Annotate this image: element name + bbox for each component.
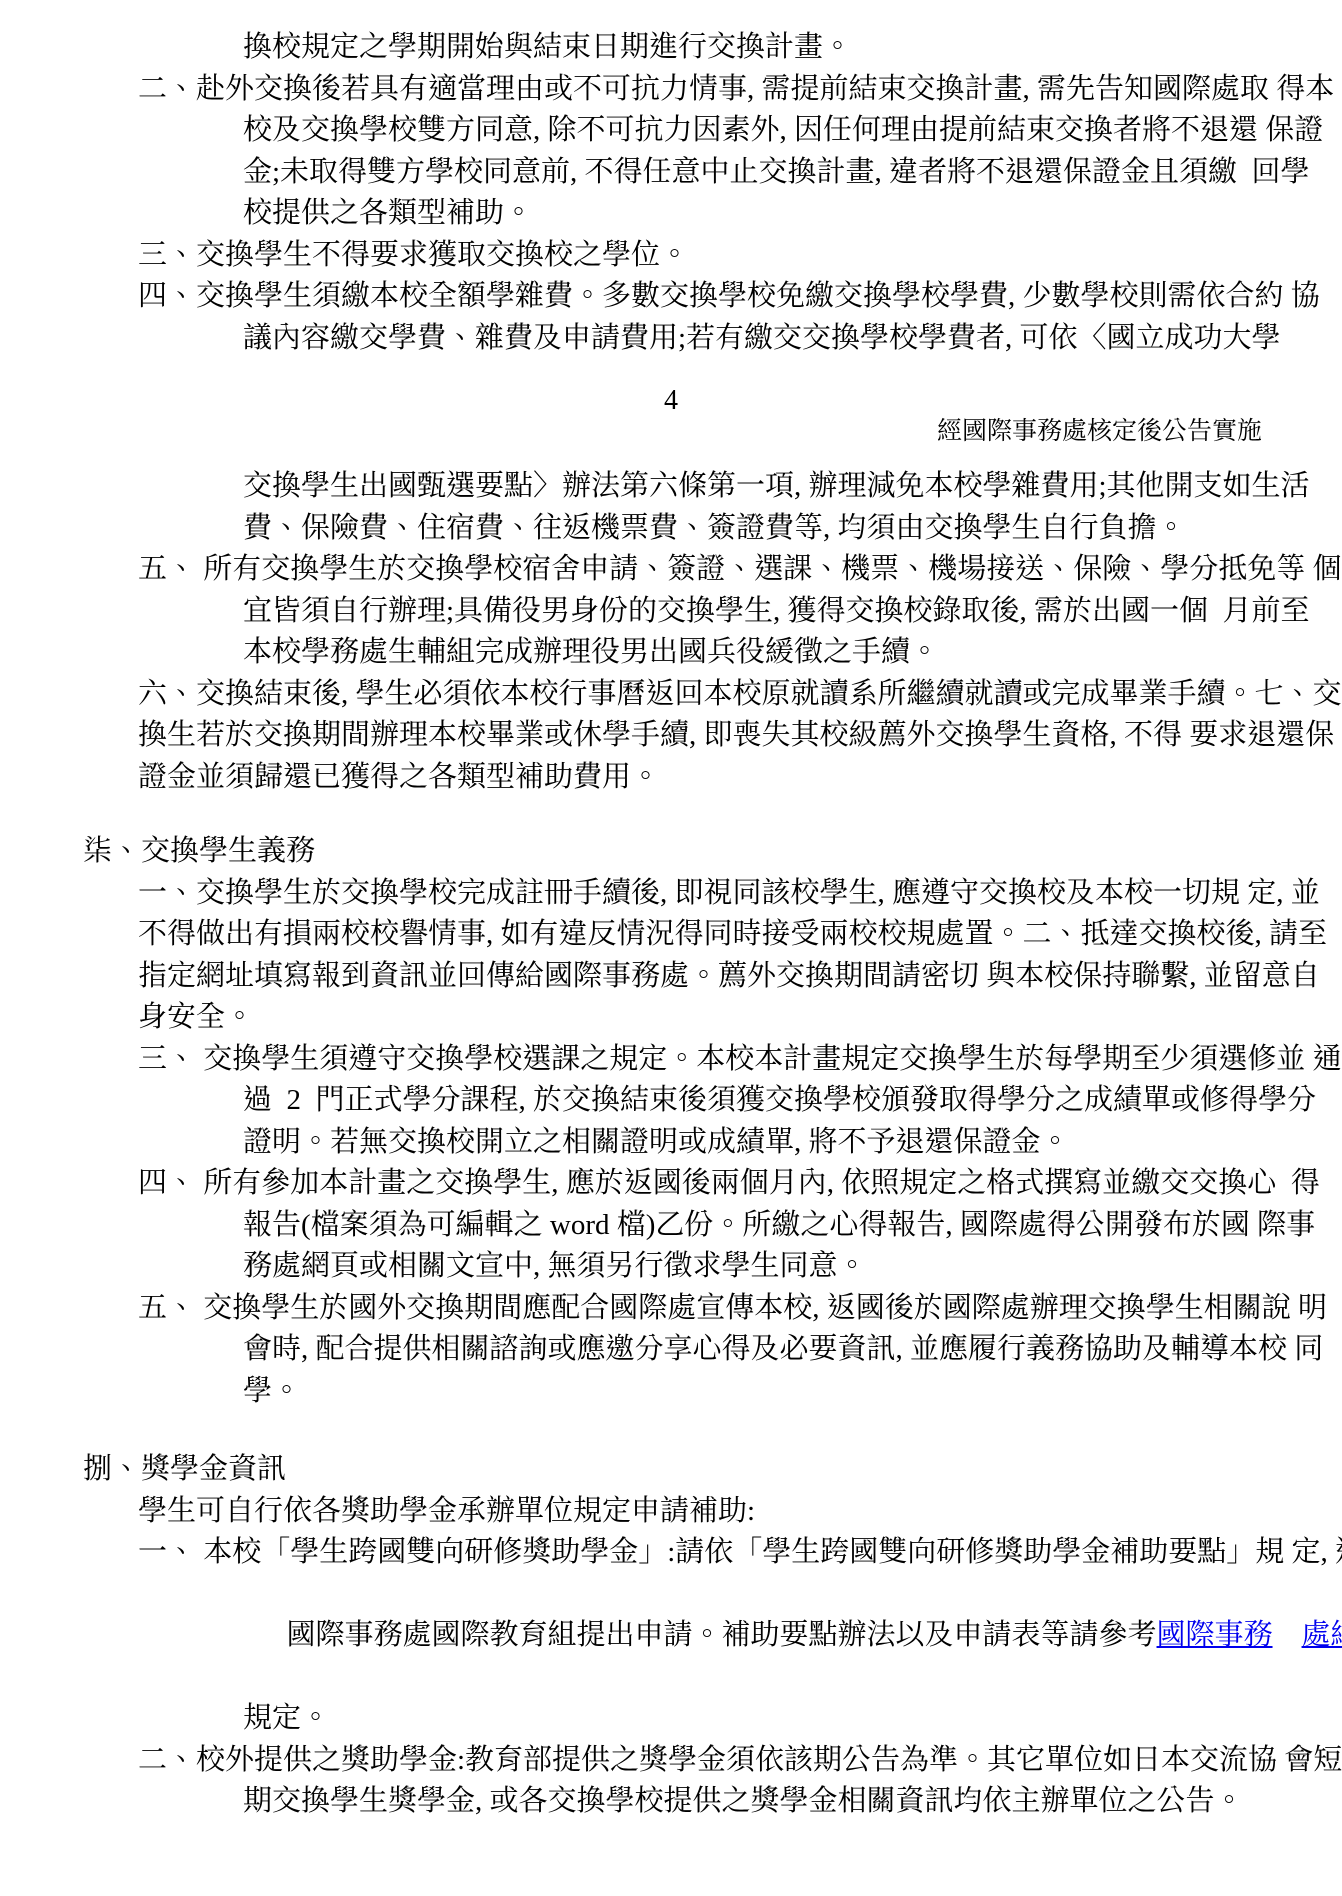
document-page: 換校規定之學期開始與結束日期進行交換計畫。 二、赴外交換後若具有適當理由或不可抗… <box>0 0 1342 1896</box>
s7-item-2-continuation-1: 指定網址填寫報到資訊並回傳給國際事務處。薦外交換期間請密切 與本校保持聯繫, 並… <box>0 956 1342 998</box>
item-6-continuation-1: 換生若於交換期間辦理本校畢業或休學手續, 即喪失其校級薦外交換學生資格, 不得 … <box>0 715 1342 757</box>
s7-item-5-continuation-1: 會時, 配合提供相關諮詢或應邀分享心得及必要資訊, 並應履行義務協助及輔導本校 … <box>0 1329 1342 1371</box>
s7-item-3-continuation-1: 過 2 門正式學分課程, 於交換結束後須獲交換學校頒發取得學分之成績單或修得學分 <box>0 1080 1342 1122</box>
item-6: 六、交換結束後, 學生必須依本校行事曆返回本校原就讀系所繼續就讀或完成畢業手續。… <box>0 674 1342 716</box>
item-1-continuation: 換校規定之學期開始與結束日期進行交換計畫。 <box>0 27 1342 69</box>
section-7-obligations: 柒、交換學生義務 一、交換學生於交換學校完成註冊手續後, 即視同該校學生, 應遵… <box>0 831 1342 1412</box>
link-international-affairs-1[interactable]: 國際事務 <box>1157 1619 1273 1651</box>
s7-item-5: 五、 交換學生於國外交換期間應配合國際處宣傳本校, 返國後於國際處辦理交換學生相… <box>0 1288 1342 1330</box>
s8-item-1: 一、 本校「學生跨國雙向研修獎助學金」:請依「學生跨國雙向研修獎助學金補助要點」… <box>0 1532 1342 1574</box>
item-2-continuation-2: 金;未取得雙方學校同意前, 不得任意中止交換計畫, 違者將不退還保證金且須繳 回… <box>0 152 1342 194</box>
section-8-scholarships: 捌、獎學金資訊 學生可自行依各獎助學金承辦單位規定申請補助: 一、 本校「學生跨… <box>0 1449 1342 1823</box>
item-2-continuation-1: 校及交換學校雙方同意, 除不可抗力因素外, 因任何理由提前結束交換者將不退還 保… <box>0 110 1342 152</box>
item-2: 二、赴外交換後若具有適當理由或不可抗力情事, 需提前結束交換計畫, 需先告知國際… <box>0 69 1342 111</box>
s8-item-1-continuation-1: 國際事務處國際教育組提出申請。補助要點辦法以及申請表等請參考國際事務 處網頁 <box>0 1574 1342 1699</box>
item-4-continuation-2: 交換學生出國甄選要點〉辦法第六條第一項, 辦理減免本校學雜費用;其他開支如生活 <box>0 466 1342 508</box>
s7-item-1-continuation-1: 不得做出有損兩校校譽情事, 如有違反情況得同時接受兩校校規處置。二、抵達交換校後… <box>0 914 1342 956</box>
s7-item-4-continuation-2: 務處網頁或相關文宣中, 無須另行徵求學生同意。 <box>0 1246 1342 1288</box>
item-6-continuation-2: 證金並須歸還已獲得之各類型補助費用。 <box>0 757 1342 799</box>
s8-item-2: 二、校外提供之獎助學金:教育部提供之獎學金須依該期公告為準。其它單位如日本交流協… <box>0 1740 1342 1782</box>
item-4: 四、交換學生須繳本校全額學雜費。多數交換學校免繳交換學校學費, 少數學校則需依合… <box>0 276 1342 318</box>
link-separator <box>1273 1619 1302 1651</box>
section-8-heading: 捌、獎學金資訊 <box>0 1449 1342 1491</box>
content-block-top: 換校規定之學期開始與結束日期進行交換計畫。 二、赴外交換後若具有適當理由或不可抗… <box>0 27 1342 359</box>
item-3: 三、交換學生不得要求獲取交換校之學位。 <box>0 235 1342 277</box>
s7-item-5-continuation-2: 學。 <box>0 1371 1342 1413</box>
s7-item-3: 三、 交換學生須遵守交換學校選課之規定。本校本計畫規定交換學生於每學期至少須選修… <box>0 1039 1342 1081</box>
s7-item-1: 一、交換學生於交換學校完成註冊手續後, 即視同該校學生, 應遵守交換校及本校一切… <box>0 873 1342 915</box>
item-5-continuation-2: 本校學務處生輔組完成辦理役男出國兵役緩徵之手續。 <box>0 632 1342 674</box>
s7-item-2-continuation-2: 身安全。 <box>0 997 1342 1039</box>
s8-item-2-continuation-1: 期交換學生獎學金, 或各交換學校提供之獎學金相關資訊均依主辦單位之公告。 <box>0 1781 1342 1823</box>
s8-item-1-continuation-2: 規定。 <box>0 1698 1342 1740</box>
content-block-middle: 交換學生出國甄選要點〉辦法第六條第一項, 辦理減免本校學雜費用;其他開支如生活 … <box>0 466 1342 798</box>
item-5: 五、 所有交換學生於交換學校宿舍申請、簽證、選課、機票、機場接送、保險、學分抵免… <box>0 549 1342 591</box>
item-4-continuation-1: 議內容繳交學費、雜費及申請費用;若有繳交交換學校學費者, 可依〈國立成功大學 <box>0 318 1342 360</box>
item-2-continuation-3: 校提供之各類型補助。 <box>0 193 1342 235</box>
s7-item-4-continuation-1: 報告(檔案須為可編輯之 word 檔)乙份。所繳之心得報告, 國際處得公開發布於… <box>0 1205 1342 1247</box>
item-4-continuation-3: 費、保險費、住宿費、往返機票費、簽證費等, 均須由交換學生自行負擔。 <box>0 508 1342 550</box>
s7-item-3-continuation-2: 證明。若無交換校開立之相關證明或成績單, 將不予退還保證金。 <box>0 1122 1342 1164</box>
item-5-continuation-1: 宜皆須自行辦理;具備役男身份的交換學生, 獲得交換校錄取後, 需於出國一個 月前… <box>0 591 1342 633</box>
link-international-affairs-2[interactable]: 處網頁 <box>1302 1619 1342 1651</box>
approval-note: 經國際事務處核定後公告實施 <box>937 411 1262 453</box>
section-7-heading: 柒、交換學生義務 <box>0 831 1342 873</box>
s8-link-line-text: 國際事務處國際教育組提出申請。補助要點辦法以及申請表等請參考 <box>287 1619 1157 1651</box>
s7-item-4: 四、 所有參加本計畫之交換學生, 應於返國後兩個月內, 依照規定之格式撰寫並繳交… <box>0 1163 1342 1205</box>
s8-intro: 學生可自行依各獎助學金承辦單位規定申請補助: <box>0 1491 1342 1533</box>
